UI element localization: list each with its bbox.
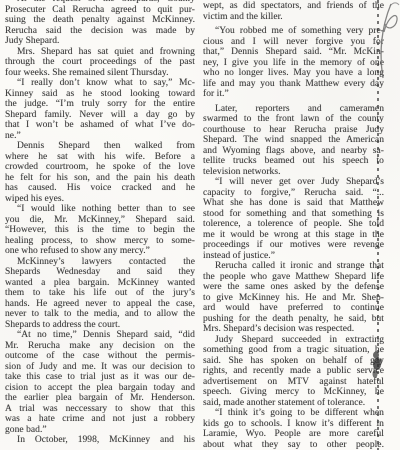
article-column-right: wept, as did spectators, and friends of …: [203, 1, 384, 450]
text-line: the earlier plea bargain of Mr. Henderso…: [5, 393, 195, 404]
text-line: Mr. Rerucha make any decision on the: [5, 341, 195, 352]
ink-smudge: [369, 348, 385, 384]
text-line: ne.”: [5, 131, 195, 142]
text-line: Later, reporters and cameramen: [203, 104, 384, 115]
text-line: proceedings if our motives were revenge: [203, 240, 384, 251]
text-line: four weeks. She remained silent Thursday…: [5, 68, 195, 79]
text-line: through the court proceedings of the pas…: [5, 57, 195, 68]
text-line: stood for something and that something i…: [203, 209, 384, 220]
text-line: said, made another statement of toleranc…: [203, 398, 384, 409]
text-line: Dennis Shepard then walked from: [5, 141, 195, 152]
text-line: Prosecuter Cal Rerucha agreed to quit pu…: [5, 5, 195, 16]
text-line: take this case to trial just as it was o…: [5, 372, 195, 383]
text-line: “However, this is the time to begin the: [5, 225, 195, 236]
text-line: Shepards Wednesday and said they: [5, 267, 195, 278]
text-line: has caused. His voice cracked and he: [5, 183, 195, 194]
text-line: Judy Shepard succeeded in extracting: [203, 335, 384, 346]
paragraph: “I will never get over Judy Shepard’scap…: [203, 177, 384, 261]
text-line: In October, 1998, McKinney and his: [5, 435, 195, 446]
text-line: television networks.: [203, 167, 384, 178]
text-line: me it would be wrong at this stage in th…: [203, 230, 384, 241]
text-line: “I will never get over Judy Shepard’s: [203, 177, 384, 188]
text-line: the judge. “I’m truly sorry for the enti…: [5, 99, 195, 110]
text-line: outcome of the case without the permis-: [5, 351, 195, 362]
text-line: never to talk to the media, and to allow…: [5, 309, 195, 320]
text-line: Shepard family. Never will a day go by: [5, 110, 195, 121]
text-line: Rerucha said the decision was made by: [5, 26, 195, 37]
text-line: tellite trucks beamed out his speech to: [203, 156, 384, 167]
paragraph: Mrs. Shepard has sat quiet and frowningt…: [5, 47, 195, 79]
text-line: and Wyoming flags above, and nearby sa-: [203, 146, 384, 157]
text-line: for it.”: [203, 89, 384, 100]
text-line: the people who gave Matthew Shepard life: [203, 272, 384, 283]
paragraph: Dennis Shepard then walked fromwhere he …: [5, 141, 195, 204]
text-line: “I think it’s going to be different when: [203, 408, 384, 419]
text-line: Rerucha called it ironic and strange tha…: [203, 261, 384, 272]
text-line: said. She has spoken on behalf of gay: [203, 356, 384, 367]
text-line: A trial was neccessary to show that this: [5, 404, 195, 415]
paragraph: “At no time,” Dennis Shepard said, “didM…: [5, 330, 195, 435]
text-line: instead of justice.”: [203, 251, 384, 262]
text-line: wanted a plea bargain. McKinney wanted: [5, 278, 195, 289]
text-line: “I would like nothing better than to see: [5, 204, 195, 215]
text-line: victim and the killer.: [203, 12, 384, 23]
text-line: about what they say to other people.: [203, 440, 384, 450]
paragraph: Rerucha called it ironic and strange tha…: [203, 261, 384, 335]
text-line: Shepards to address the court.: [5, 320, 195, 331]
text-line: sion of Judy and me. It was our decision…: [5, 362, 195, 373]
text-line: was a hate crime and not just a robbery: [5, 414, 195, 425]
text-line: swarmed to the front lawn of the county: [203, 114, 384, 125]
paragraph: Later, reporters and cameramenswarmed to…: [203, 104, 384, 178]
paragraph: wept, as did spectators, and friends of …: [203, 1, 384, 22]
paragraph: At the request of the Shepards, CountyPr…: [5, 0, 195, 47]
text-line: wept, as did spectators, and friends of …: [203, 1, 384, 12]
text-line: were the same ones asked by the defense: [203, 282, 384, 293]
text-line: At the request of the Shepards, County: [5, 0, 195, 5]
text-line: them to take his life out of the jury’s: [5, 288, 195, 299]
paragraph: In October, 1998, McKinney and his: [5, 435, 195, 446]
text-line: capacity to forgive,” Rerucha said. “...: [203, 188, 384, 199]
text-line: advertisement on MTV against hateful: [203, 377, 384, 388]
text-line: “At no time,” Dennis Shepard said, “did: [5, 330, 195, 341]
text-line: life and may you thank Matthew every day: [203, 79, 384, 90]
text-line: something good from a tragic situation, …: [203, 345, 384, 356]
text-line: “I really don’t know what to say,” Mc-: [5, 78, 195, 89]
text-line: Laramie, Wyo. People are more careful: [203, 429, 384, 440]
text-line: wiped his eyes.: [5, 194, 195, 205]
text-line: suing the death penalty against McKinney…: [5, 15, 195, 26]
text-line: hands. He agreed never to appeal the cas…: [5, 299, 195, 310]
text-line: Judy Shepard.: [5, 36, 195, 47]
text-line: healing process, to show mercy to some-: [5, 236, 195, 247]
scanned-article-page: At the request of the Shepards, CountyPr…: [0, 0, 400, 450]
text-line: ney, I give you life in the memory of on…: [203, 58, 384, 69]
pen-scribble-mark: [370, 0, 400, 85]
text-line: pushing for the death penalty, he said, …: [203, 314, 384, 325]
text-line: that I won’t be ashamed of what I’ve do-: [5, 120, 195, 131]
paragraph: Judy Shepard succeeded in extractingsome…: [203, 335, 384, 409]
text-line: courthouse to hear Rerucha praise Judy: [203, 125, 384, 136]
text-line: speech. Giving mercy to McKinney, he: [203, 387, 384, 398]
text-line: cision to accept the plea bargain today …: [5, 383, 195, 394]
text-line: kids go to schools. I know it’s differen…: [203, 419, 384, 430]
text-line: where he sat with his wife. Before a: [5, 152, 195, 163]
text-line: Shepard. The wind snapped the American: [203, 135, 384, 146]
text-line: crowded courtroom, he spoke of the love: [5, 162, 195, 173]
paragraph: “I think it’s going to be different when…: [203, 408, 384, 450]
text-line: tolerence, a tolerence of people. She to…: [203, 219, 384, 230]
text-line: that,” Dennis Shepard said. “Mr. McKin-: [203, 47, 384, 58]
text-line: Mrs. Shepard has sat quiet and frowning: [5, 47, 195, 58]
article-column-left: At the request of the Shepards, CountyPr…: [5, 0, 195, 446]
text-line: you die, Mr. McKinney,” Shepard said.: [5, 215, 195, 226]
text-line: gone bad.”: [5, 425, 195, 436]
paragraph: “I would like nothing better than to see…: [5, 204, 195, 257]
paragraph: McKinney’s lawyers contacted theShepards…: [5, 257, 195, 331]
text-line: Kinney said as he stood looking toward: [5, 89, 195, 100]
text-line: What she has done is said that Matthew: [203, 198, 384, 209]
text-line: to give McKinney his. He and Mr. Shep-: [203, 293, 384, 304]
text-line: one who refused to show any mercy.”: [5, 246, 195, 257]
text-line: cious and I will never forgive you for: [203, 37, 384, 48]
text-line: “You robbed me of something very pre-: [203, 26, 384, 37]
text-line: Mrs. Shepard’s decision was respected.: [203, 324, 384, 335]
paragraph: “I really don’t know what to say,” Mc-Ki…: [5, 78, 195, 141]
text-line: ard would have preferred to continue: [203, 303, 384, 314]
text-line: who no longer lives. May you have a long: [203, 68, 384, 79]
text-line: rights, and recently made a public servi…: [203, 366, 384, 377]
paragraph: “You robbed me of something very pre-cio…: [203, 26, 384, 100]
text-line: McKinney’s lawyers contacted the: [5, 257, 195, 268]
text-line: he felt for his son, and the pain his de…: [5, 173, 195, 184]
